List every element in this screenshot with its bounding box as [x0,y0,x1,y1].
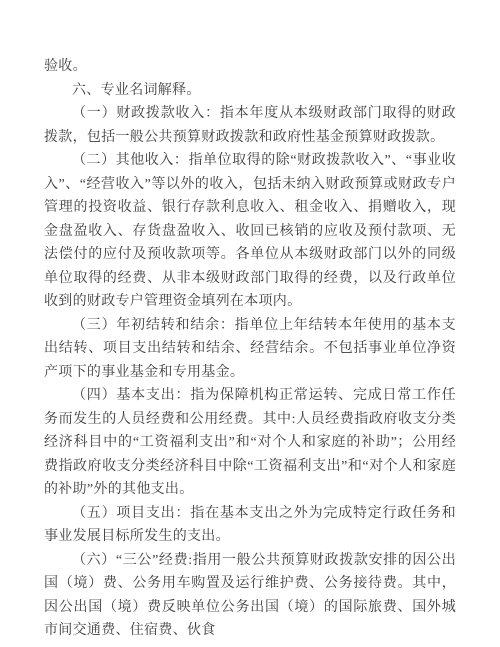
paragraph-term-three-public-funds: （六）“三公”经费:指用一般公共预算财政拨款安排的因公出国（境）费、公务用车购置… [44,549,456,643]
paragraph-term-project-expenditure: （五）项目支出：指在基本支出之外为完成特定行政任务和事业发展目标所发生的支出。 [44,502,456,549]
paragraph-continuation: 验收。 [44,55,456,79]
section-heading-glossary: 六、专业名词解释。 [44,79,456,103]
paragraph-term-fiscal-appropriation-income: （一）财政拨款收入：指本年度从本级财政部门取得的财政拨款，包括一般公共预算财政拨… [44,102,456,149]
document-page: 验收。 六、专业名词解释。 （一）财政拨款收入：指本年度从本级财政部门取得的财政… [0,0,500,647]
paragraph-term-other-income: （二）其他收入：指单位取得的除“财政拨款收入”、“事业收入”、“经营收入”等以外… [44,149,456,314]
paragraph-term-basic-expenditure: （四）基本支出：指为保障机构正常运转、完成日常工作任务而发生的人员经费和公用经费… [44,384,456,502]
paragraph-term-carryover-and-surplus: （三）年初结转和结余：指单位上年结转本年使用的基本支出结转、项目支出结转和结余、… [44,314,456,385]
